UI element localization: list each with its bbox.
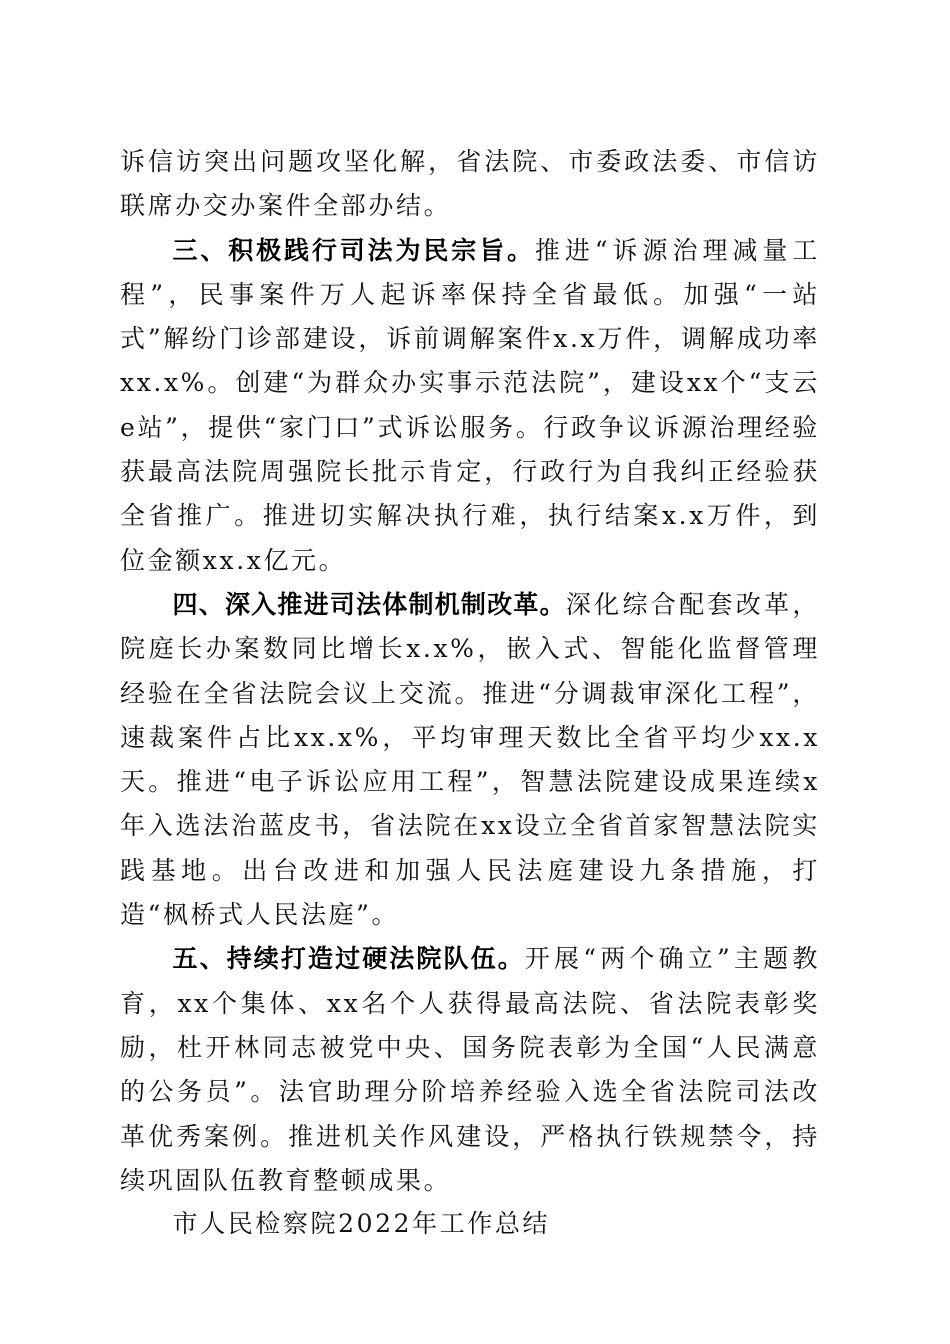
section-heading: 五、持续打造过硬法院队伍。 — [173, 944, 525, 973]
paragraph-continuation: 诉信访突出问题攻坚化解，省法院、市委政法委、市信访联席办交办案件全部办结。 — [120, 140, 820, 229]
section-heading: 四、深入推进司法体制机制改革。 — [173, 590, 566, 619]
section-heading: 三、积极践行司法为民宗旨。 — [173, 236, 535, 265]
document-page: 诉信访突出问题攻坚化解，省法院、市委政法委、市信访联席办交办案件全部办结。 三、… — [120, 140, 820, 1245]
paragraph-section-3: 三、积极践行司法为民宗旨。推进“诉源治理减量工程”，民事案件万人起诉率保持全省最… — [120, 229, 820, 583]
paragraph-body: 诉信访突出问题攻坚化解，省法院、市委政法委、市信访联席办交办案件全部办结。 — [120, 147, 820, 220]
paragraph-body: 推进“诉源治理减量工程”，民事案件万人起诉率保持全省最低。加强“一站式”解纷门诊… — [120, 236, 820, 575]
paragraph-body: 开展“两个确立”主题教育，xx个集体、xx名个人获得最高法院、省法院表彰奖励，杜… — [120, 944, 820, 1194]
paragraph-section-4: 四、深入推进司法体制机制改革。深化综合配套改革，院庭长办案数同比增长x.x%，嵌… — [120, 583, 820, 937]
paragraph-body: 深化综合配套改革，院庭长办案数同比增长x.x%，嵌入式、智能化监督管理经验在全省… — [120, 590, 820, 929]
next-document-title: 市人民检察院2022年工作总结 — [120, 1203, 820, 1245]
paragraph-section-5: 五、持续打造过硬法院队伍。开展“两个确立”主题教育，xx个集体、xx名个人获得最… — [120, 937, 820, 1203]
